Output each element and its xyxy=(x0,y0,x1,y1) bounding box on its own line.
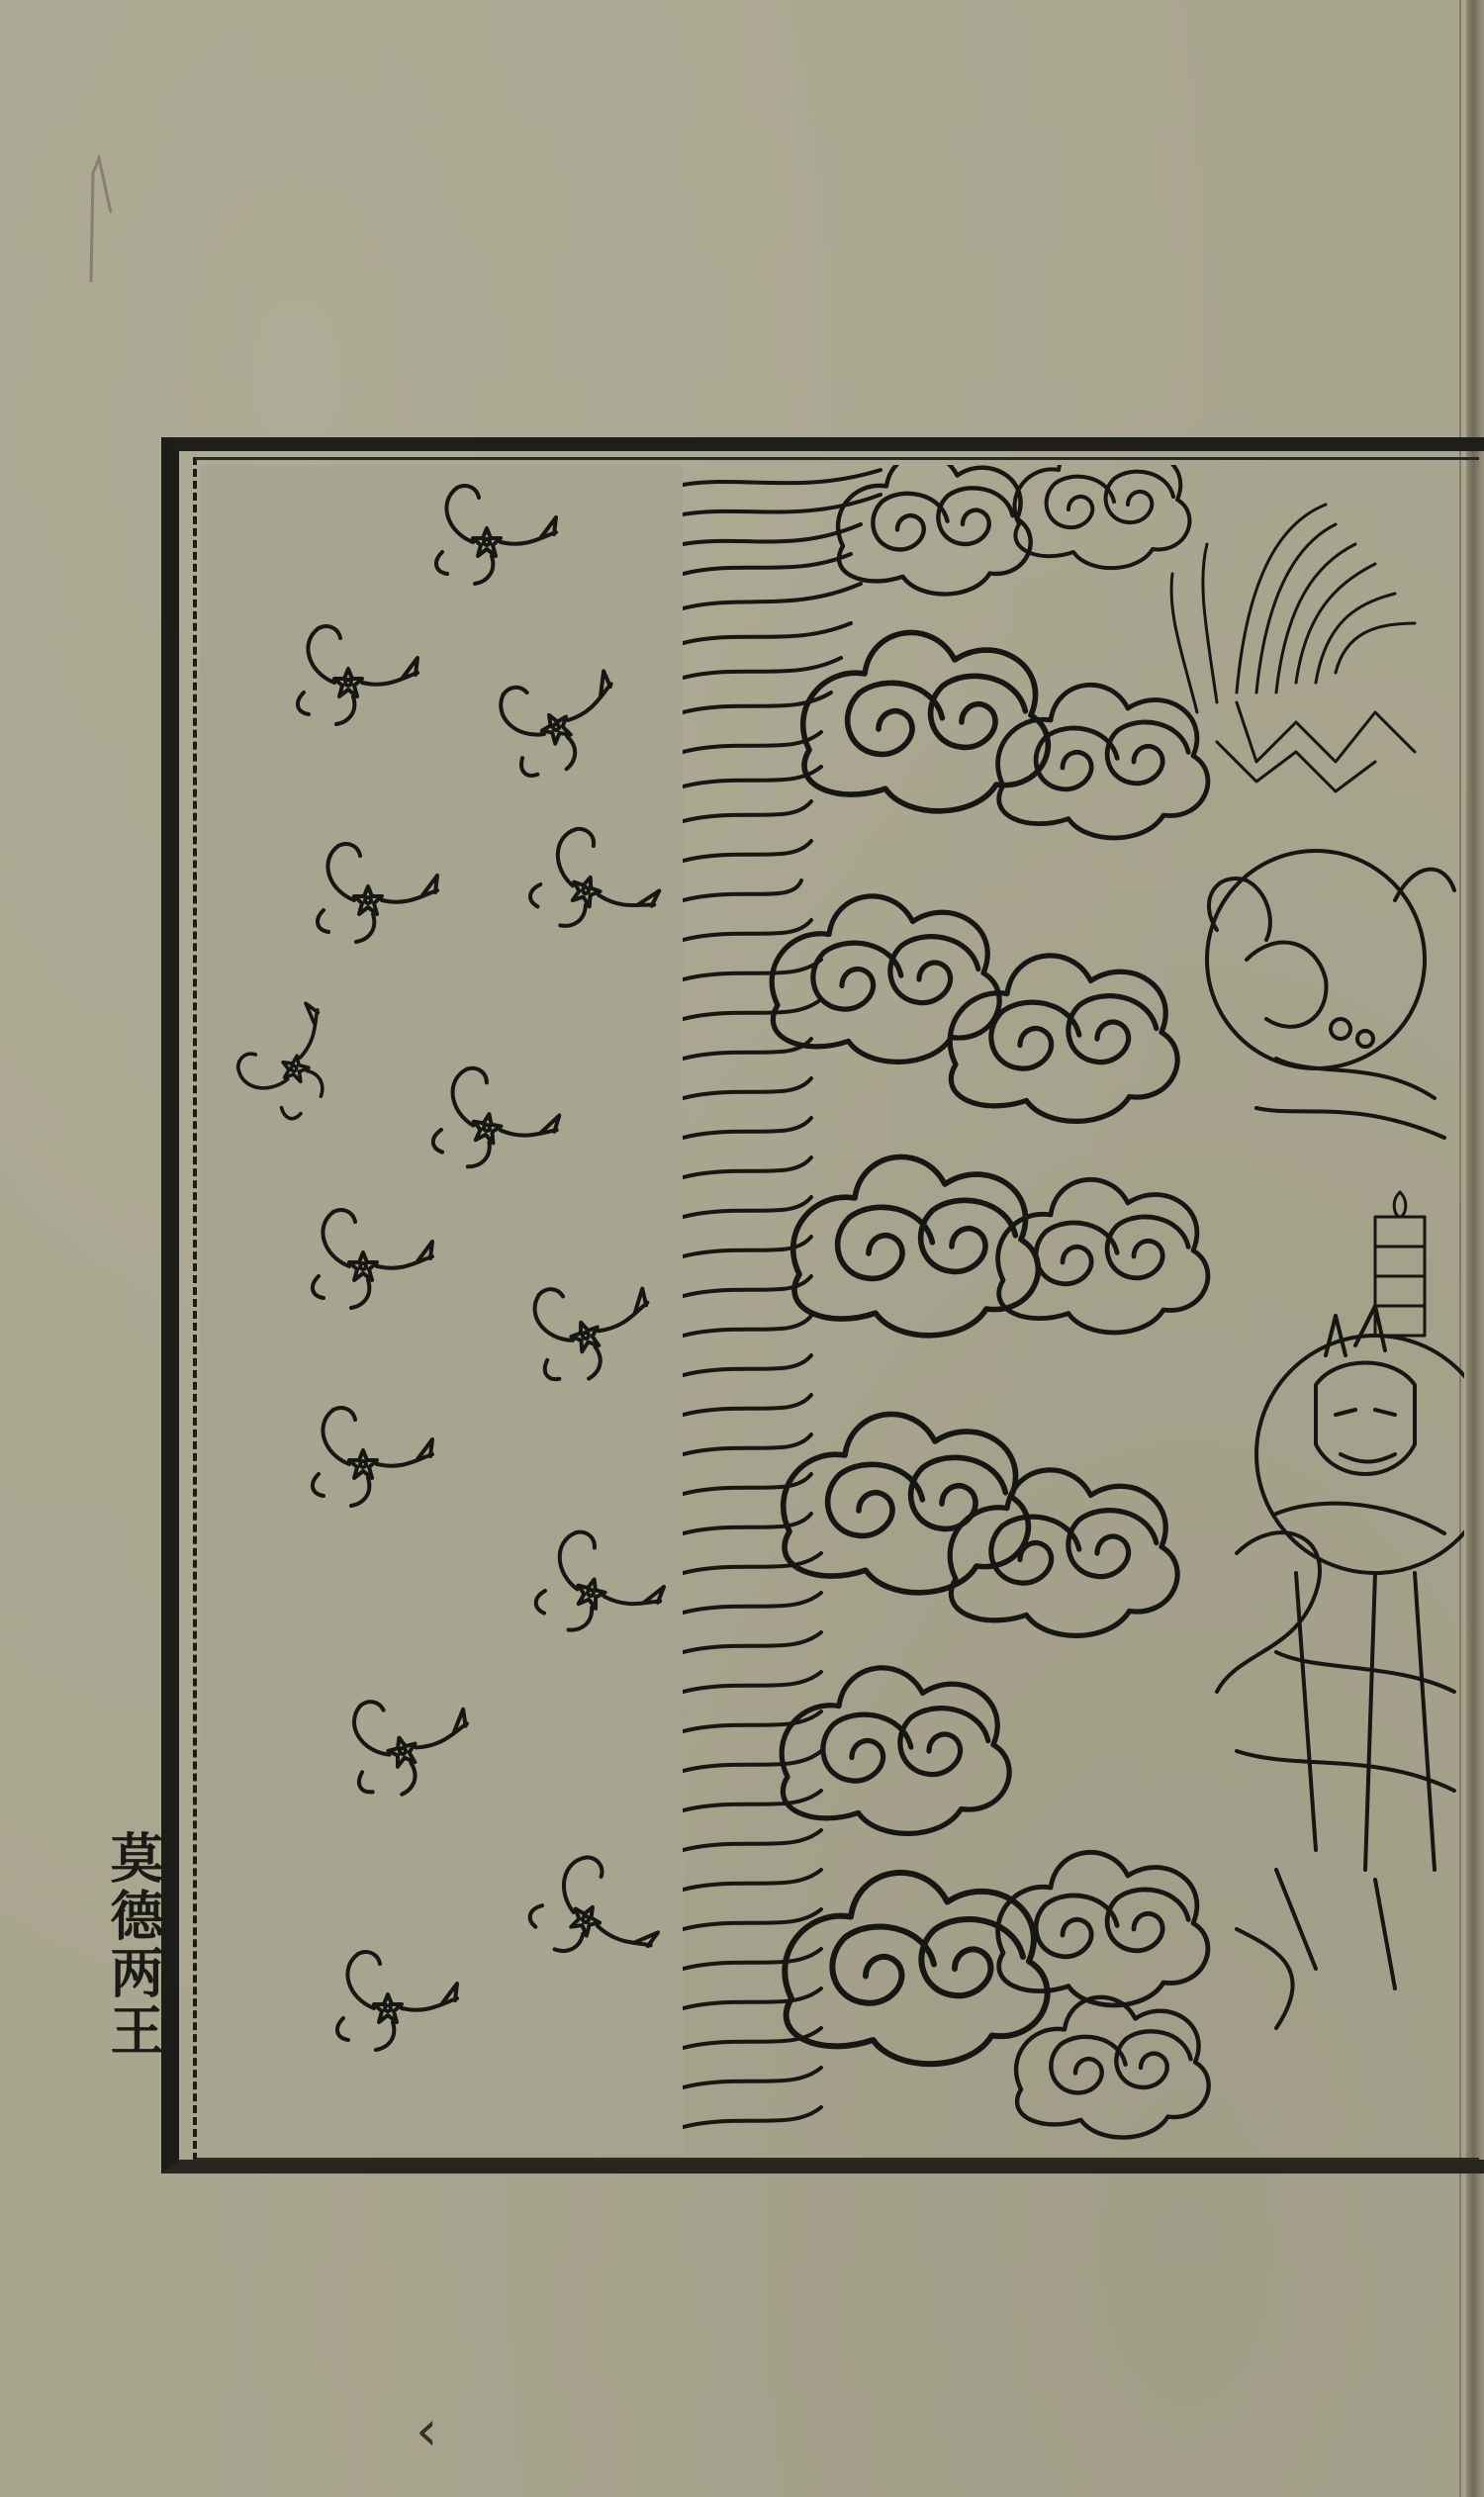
floral-motif-panel xyxy=(200,465,683,2155)
pencil-scribble-mark xyxy=(81,153,121,292)
cloud-illustration xyxy=(683,465,1464,2155)
lower-guardian-figure xyxy=(1217,1306,1464,2028)
upper-figure-flames xyxy=(1171,505,1415,791)
bottom-ink-mark: ‹ xyxy=(416,2399,437,2463)
floral-motifs-drawing xyxy=(200,465,683,2155)
book-page: 莫德两王 ‹ xyxy=(0,0,1484,2497)
cloud-and-deity-panel xyxy=(683,465,1464,2155)
banner-element xyxy=(1375,1192,1425,1336)
middle-figure-serpent xyxy=(1207,851,1454,1138)
margin-label-vertical-text: 莫德两王 xyxy=(99,1830,168,2060)
